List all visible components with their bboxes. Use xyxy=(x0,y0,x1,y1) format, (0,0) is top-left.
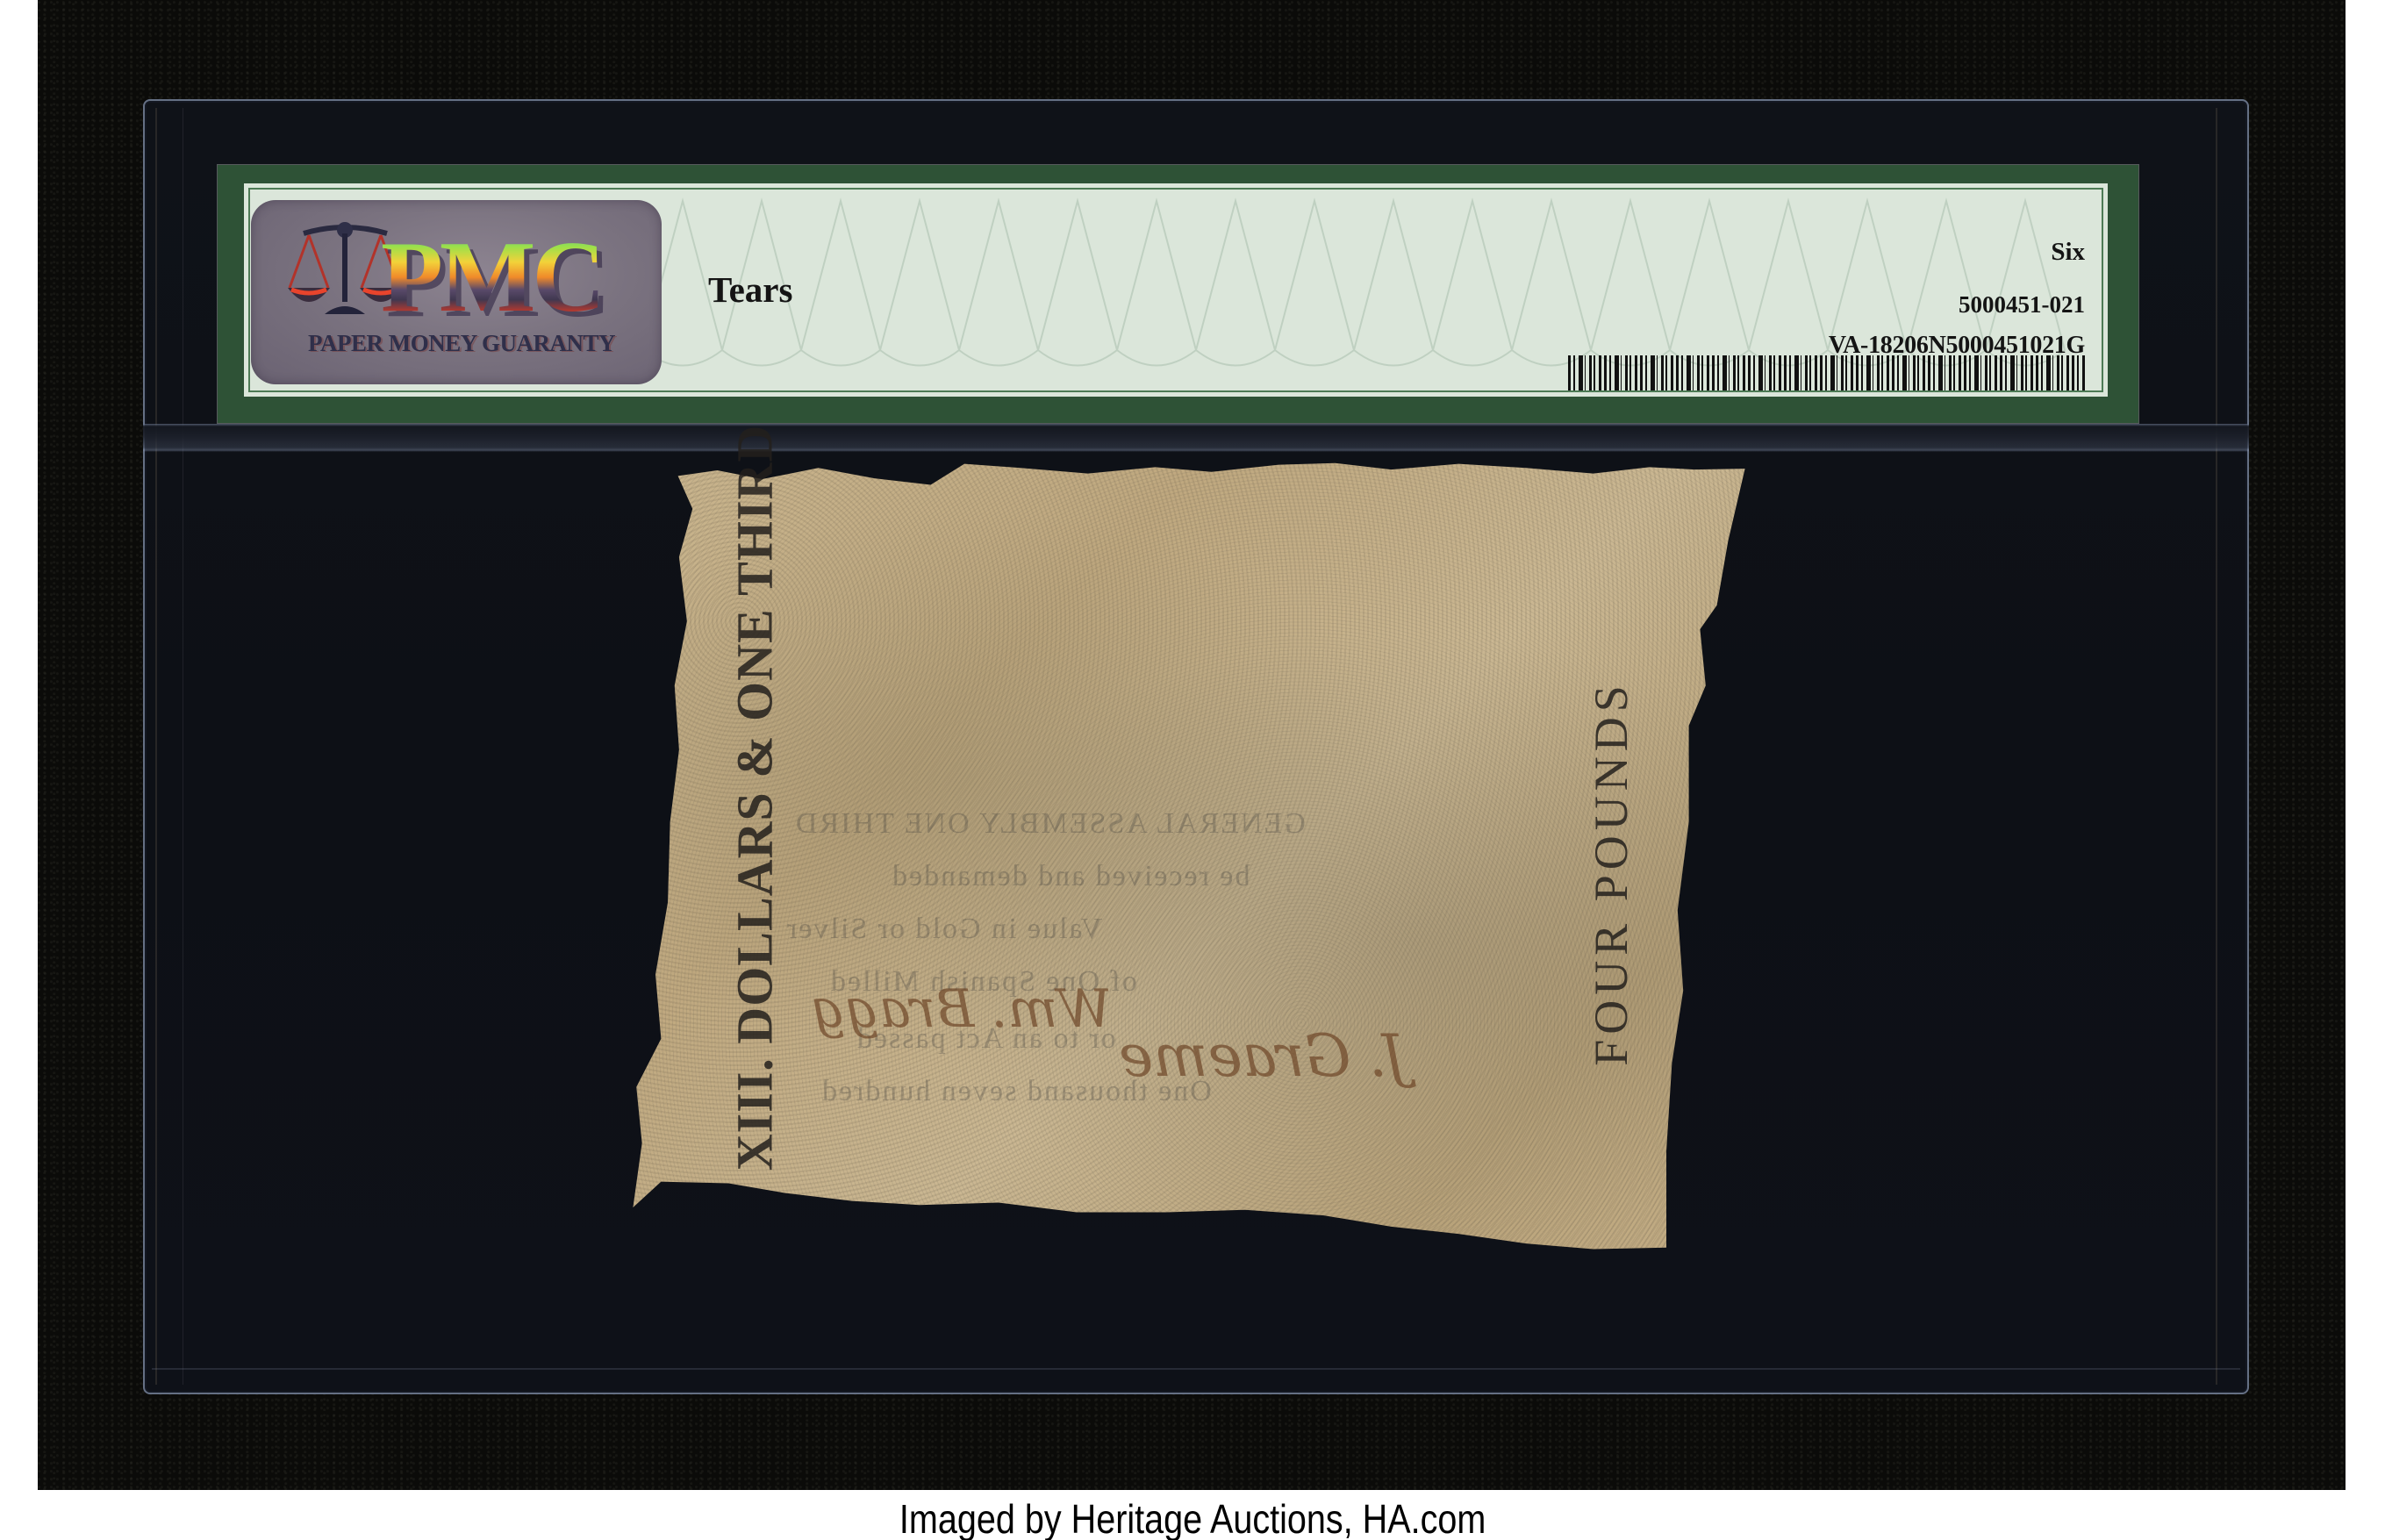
holder-rail-right xyxy=(2216,108,2217,1385)
pmc-logo: PMC xyxy=(381,226,602,328)
grade-qualifier: Tears xyxy=(708,269,792,311)
holder-rail-bottom xyxy=(152,1368,2240,1370)
image-credit-caption: Imaged by Heritage Auctions, HA.com xyxy=(167,1495,2217,1540)
barcode xyxy=(1568,355,2085,390)
label-panel: PMC PMC PAPER MONEY GUARANTY Tears Six 5… xyxy=(244,183,2108,397)
holder-rail-left-inner xyxy=(183,108,183,1385)
grade-word: Six xyxy=(2051,238,2085,267)
certification-number: 5000451-021 xyxy=(1959,291,2085,319)
holder-seal-crease xyxy=(143,424,2249,452)
holder-rail-left xyxy=(155,108,157,1385)
pmc-tagline: PAPER MONEY GUARANTY xyxy=(277,330,646,357)
grading-label: PMC PMC PAPER MONEY GUARANTY Tears Six 5… xyxy=(218,165,2138,423)
pmc-hologram: PMC PMC PAPER MONEY GUARANTY xyxy=(251,200,662,384)
